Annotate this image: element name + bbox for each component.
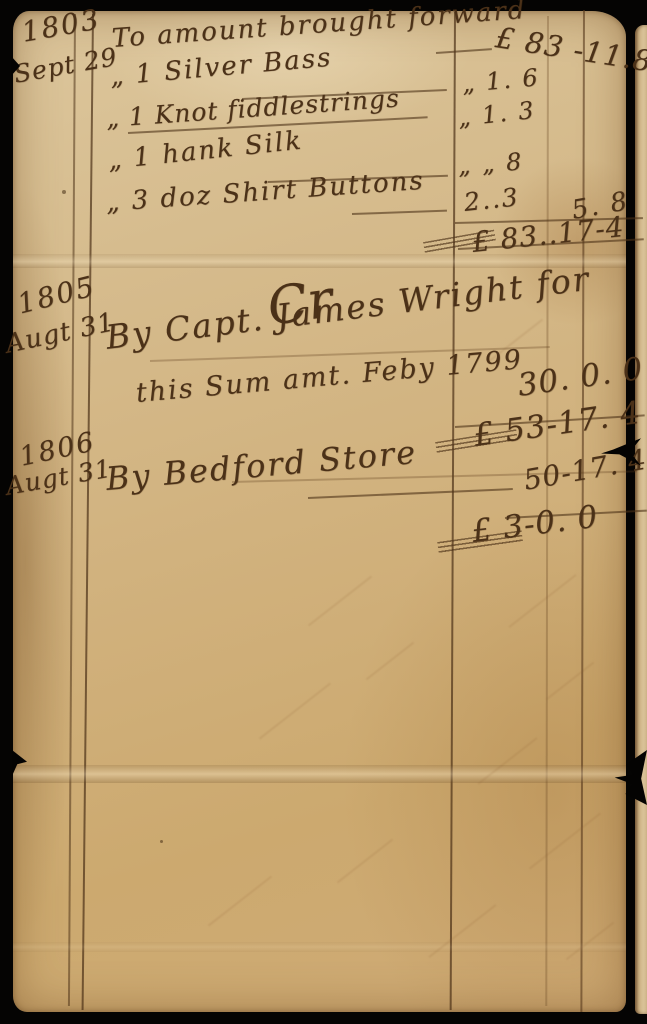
fold-crease xyxy=(13,942,626,952)
adjacent-page-edge xyxy=(635,25,647,1014)
ink-speck xyxy=(160,840,163,843)
amount-hank-silk: „ „ 8 xyxy=(457,147,524,179)
amount-shirt-buttons: 2..3 xyxy=(462,182,520,217)
scanned-ledger-page: 1803 To amount brought forward £ 83 -11.… xyxy=(0,0,647,1024)
ink-speck xyxy=(62,190,66,194)
fold-crease xyxy=(13,765,626,783)
